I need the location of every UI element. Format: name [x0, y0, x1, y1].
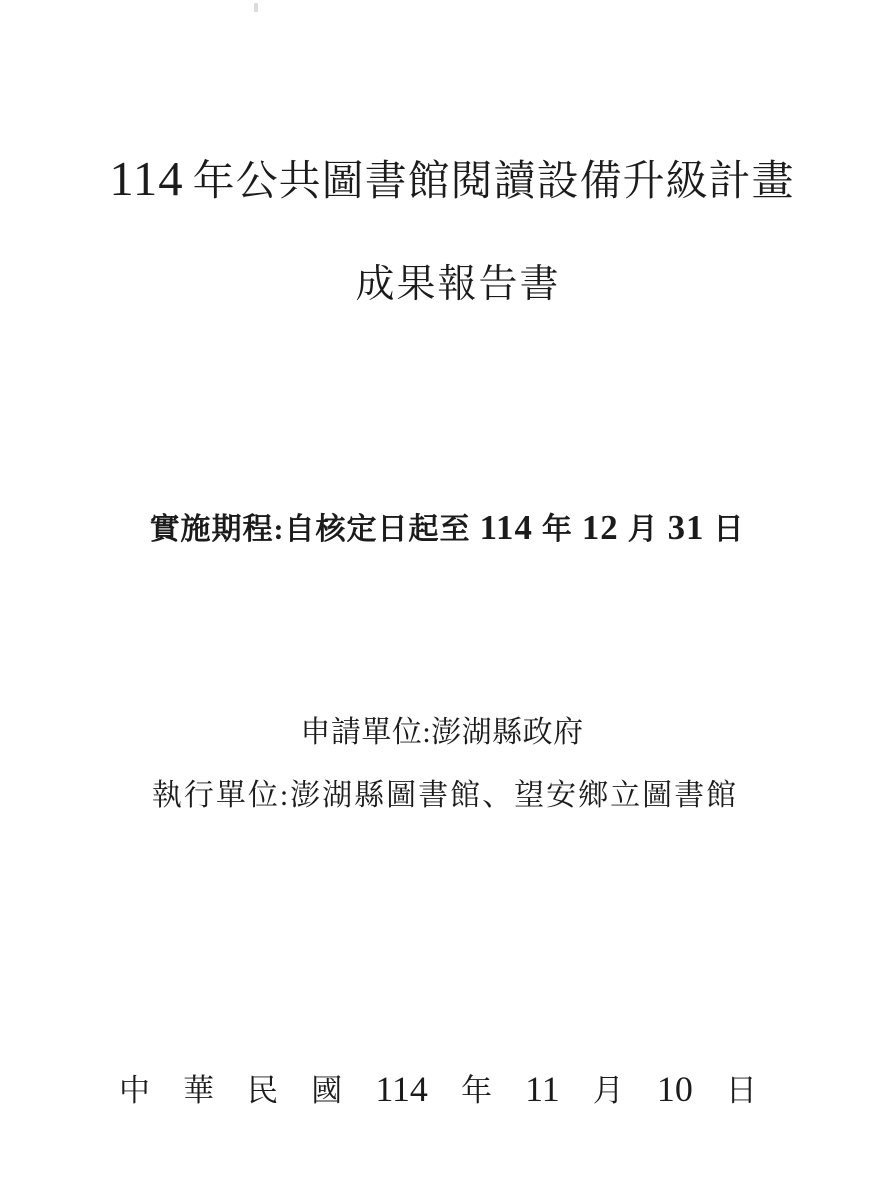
report-title-line-1: 114年公共圖書館閱讀設備升級計畫	[13, 155, 878, 207]
period-day-unit: 日	[713, 513, 744, 546]
period-month-unit: 月	[628, 513, 659, 546]
date-char-min: 民	[247, 1072, 278, 1109]
period-year-unit: 年	[542, 513, 573, 546]
date-month-unit: 月	[593, 1072, 624, 1109]
period-year-number: 114	[480, 508, 533, 547]
report-title-line-2: 成果報告書	[19, 262, 878, 309]
title-line-1-text: 年公共圖書館閱讀設備升級計畫	[193, 159, 795, 205]
period-month-number: 12	[582, 508, 619, 547]
applicant-unit-line: 申請單位:澎湖縣政府	[3, 715, 878, 751]
date-char-zhong: 中	[119, 1072, 150, 1109]
scan-artifact-speck	[254, 3, 258, 12]
date-year-unit: 年	[461, 1072, 492, 1109]
date-year-number: 114	[375, 1072, 428, 1108]
title-year-number: 114	[109, 152, 183, 206]
period-day-number: 31	[668, 508, 705, 547]
implementation-period-line: 實施期程:自核定日起至114年12月31日	[8, 511, 878, 548]
date-day-unit: 日	[726, 1072, 757, 1109]
executing-unit-line: 執行單位:澎湖縣圖書館、望安鄉立圖書館	[6, 778, 878, 814]
republic-era-date-line: 中 華 民 國 114 年 11 月 10 日	[119, 1072, 757, 1109]
date-char-hua: 華	[183, 1072, 214, 1109]
date-month-number: 11	[525, 1072, 560, 1108]
report-cover-page: 114年公共圖書館閱讀設備升級計畫 成果報告書 實施期程:自核定日起至114年1…	[0, 0, 878, 1191]
period-label: 實施期程:自核定日起至	[150, 513, 471, 546]
date-day-number: 10	[657, 1072, 693, 1108]
date-char-guo: 國	[311, 1072, 342, 1109]
